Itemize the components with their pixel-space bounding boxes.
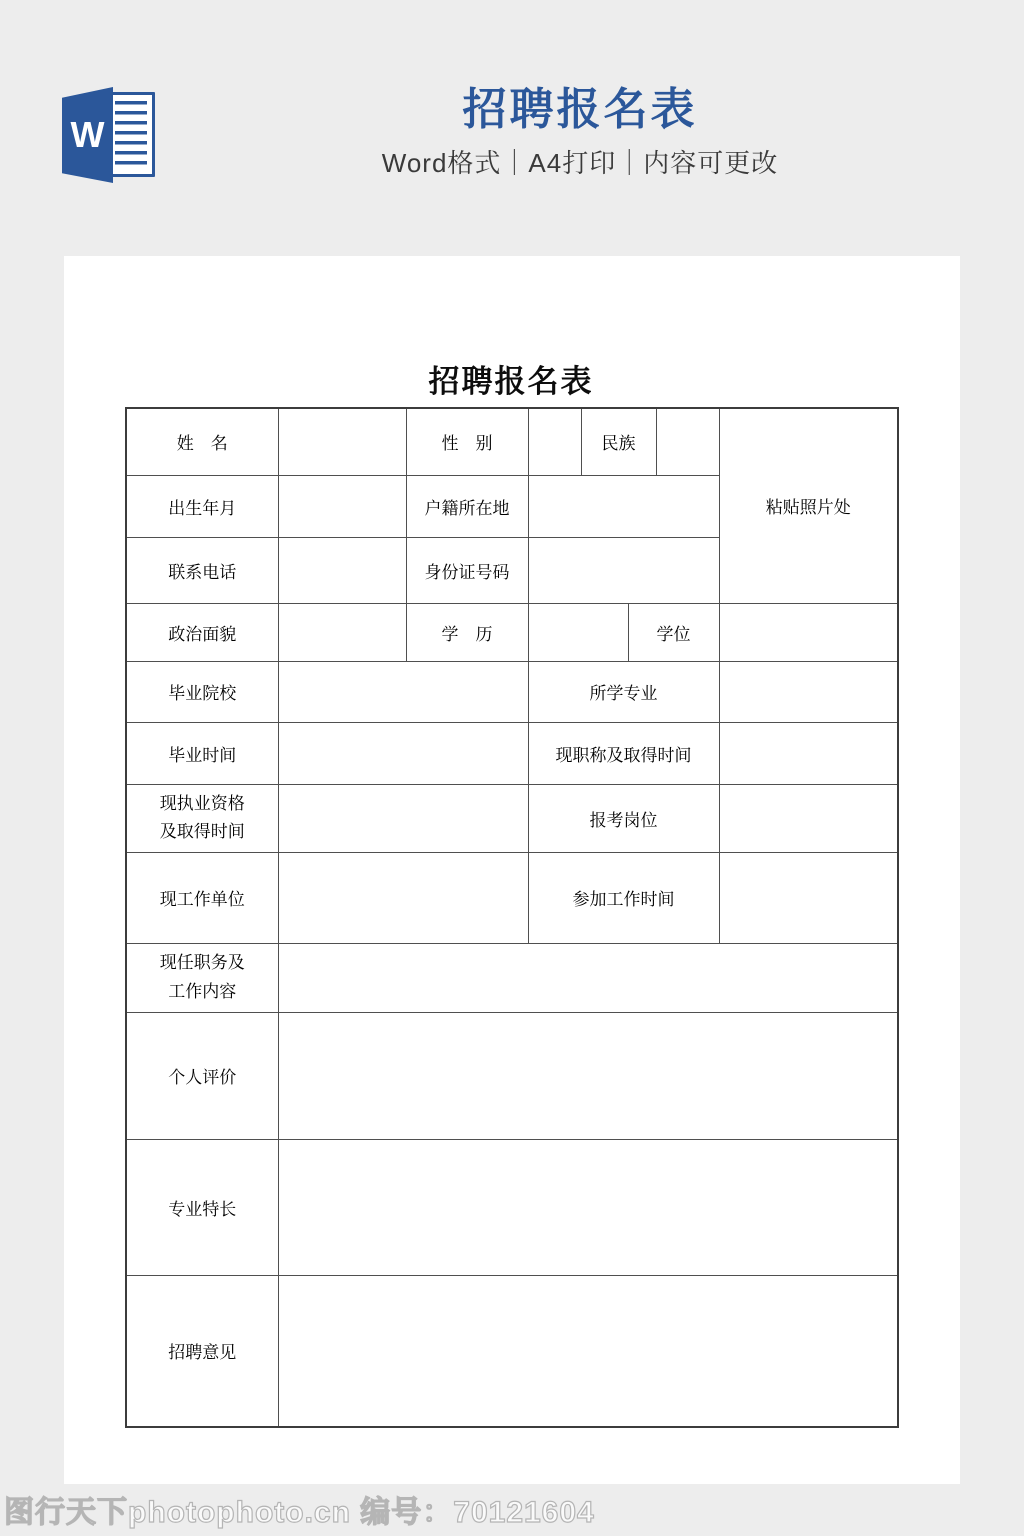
field-phone [278, 537, 406, 603]
page: W 招聘报名表 Word格式｜A4打印｜内容可更改 招聘报名表 姓 名 性 别 … [0, 0, 1024, 1536]
label-current-title-time: 现职称及取得时间 [528, 722, 719, 784]
field-major [719, 661, 898, 722]
field-current-employer [278, 852, 528, 943]
label-political-status: 政治面貌 [126, 603, 278, 661]
label-professional-strength: 专业特长 [126, 1139, 278, 1275]
label-current-duty: 现任职务及 工作内容 [126, 943, 278, 1012]
header-title: 招聘报名表 [140, 88, 1020, 132]
word-icon-letter: W [71, 117, 105, 153]
label-current-employer: 现工作单位 [126, 852, 278, 943]
document-title: 招聘报名表 [125, 356, 897, 401]
field-current-duty [278, 943, 898, 1012]
field-self-evaluation [278, 1012, 898, 1139]
field-id-number [528, 537, 719, 603]
table-row: 毕业时间 现职称及取得时间 [126, 722, 898, 784]
label-name: 姓 名 [126, 408, 278, 475]
label-graduation-time: 毕业时间 [126, 722, 278, 784]
field-gender [528, 408, 581, 475]
label-qualification-line1: 现执业资格 [127, 790, 278, 818]
label-major: 所学专业 [528, 661, 719, 722]
label-current-duty-line1: 现任职务及 [127, 949, 278, 977]
label-graduate-school: 毕业院校 [126, 661, 278, 722]
field-qualification [278, 784, 528, 852]
application-form-table: 姓 名 性 别 民族 粘贴照片处 出生年月 户籍所在地 联系电话 身份证号码 [125, 407, 899, 1428]
document-preview: 招聘报名表 姓 名 性 别 民族 粘贴照片处 出生年月 户籍所在地 [64, 256, 960, 1484]
table-row: 毕业院校 所学专业 [126, 661, 898, 722]
table-row: 政治面貌 学 历 学位 [126, 603, 898, 661]
label-gender: 性 别 [406, 408, 528, 475]
label-phone: 联系电话 [126, 537, 278, 603]
field-ethnicity [656, 408, 719, 475]
field-political-status [278, 603, 406, 661]
label-applied-position: 报考岗位 [528, 784, 719, 852]
label-degree: 学位 [628, 603, 719, 661]
field-work-start-time [719, 852, 898, 943]
table-row: 现工作单位 参加工作时间 [126, 852, 898, 943]
field-recruit-opinion [278, 1275, 898, 1427]
field-birth-date [278, 475, 406, 537]
table-row: 招聘意见 [126, 1275, 898, 1427]
watermark: 图行天下photophoto.cn 编号：70121604 [4, 1487, 595, 1531]
label-qualification-line2: 及取得时间 [127, 818, 278, 846]
field-residence [528, 475, 719, 537]
label-recruit-opinion: 招聘意见 [126, 1275, 278, 1427]
table-row: 姓 名 性 别 民族 粘贴照片处 [126, 408, 898, 475]
label-residence: 户籍所在地 [406, 475, 528, 537]
field-applied-position [719, 784, 898, 852]
photo-cell: 粘贴照片处 [719, 408, 898, 603]
table-row: 现执业资格 及取得时间 报考岗位 [126, 784, 898, 852]
label-self-evaluation: 个人评价 [126, 1012, 278, 1139]
label-current-duty-line2: 工作内容 [127, 978, 278, 1006]
label-id-number: 身份证号码 [406, 537, 528, 603]
field-graduate-school [278, 661, 528, 722]
field-graduation-time [278, 722, 528, 784]
field-degree [719, 603, 898, 661]
word-icon-cover: W [62, 85, 113, 183]
table-row: 个人评价 [126, 1012, 898, 1139]
label-education: 学 历 [406, 603, 528, 661]
label-ethnicity: 民族 [581, 408, 656, 475]
field-education [528, 603, 628, 661]
field-current-title-time [719, 722, 898, 784]
label-qualification: 现执业资格 及取得时间 [126, 784, 278, 852]
table-row: 现任职务及 工作内容 [126, 943, 898, 1012]
header-subtitle: Word格式｜A4打印｜内容可更改 [140, 149, 1020, 178]
header-text-block: 招聘报名表 Word格式｜A4打印｜内容可更改 [140, 88, 1020, 178]
field-professional-strength [278, 1139, 898, 1275]
label-birth-date: 出生年月 [126, 475, 278, 537]
label-work-start-time: 参加工作时间 [528, 852, 719, 943]
table-row: 专业特长 [126, 1139, 898, 1275]
field-name [278, 408, 406, 475]
